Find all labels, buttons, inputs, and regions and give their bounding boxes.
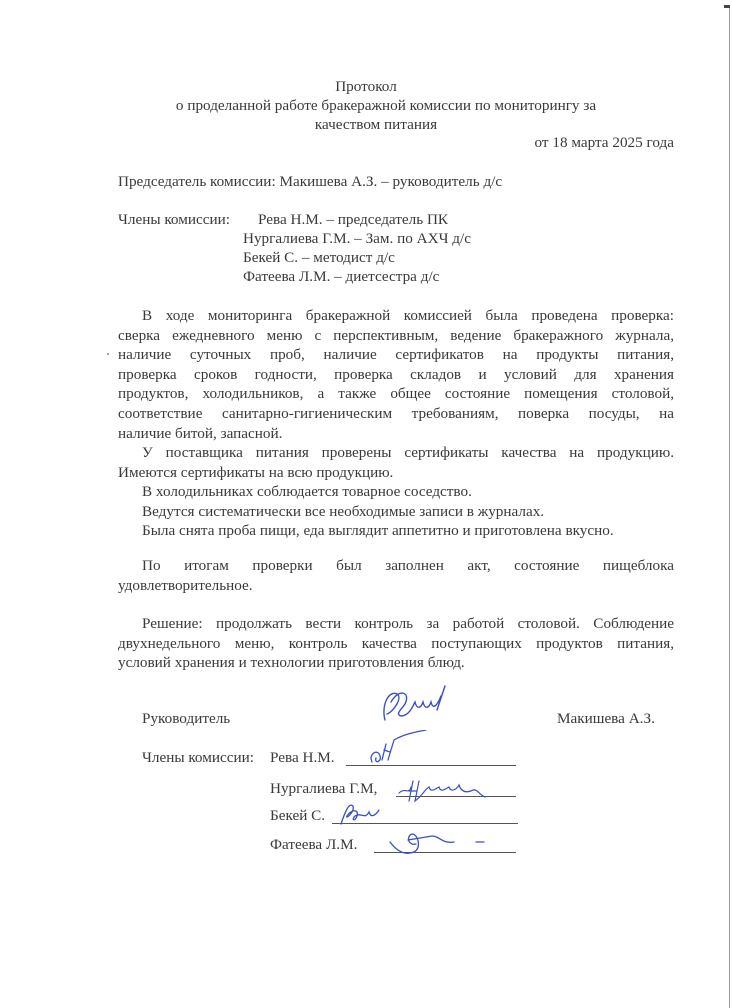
p6-line-1: По итогам проверки был заполнен акт, сос…	[118, 556, 674, 576]
p1-line-7: наличие битой, запасной.	[118, 424, 674, 444]
paragraph-result: По итогам проверки был заполнен акт, сос…	[118, 556, 674, 595]
decision-line-3: условий хранения и технологии приготовле…	[118, 653, 674, 673]
document-subtitle-1: о проделанной работе бракеражной комисси…	[20, 96, 732, 115]
document-title: Протокол	[0, 77, 732, 96]
p1-line-5: продуктов, холодильников, а также общее …	[118, 384, 674, 404]
member-4-signature	[384, 828, 494, 864]
decision-line-1: Решение: продолжать вести контроль за ра…	[118, 614, 674, 634]
p2-line-2: Имеются сертификаты на всю продукцию.	[118, 463, 674, 483]
member-2: Нургалиева Г.М. – Зам. по АХЧ д/с	[243, 229, 471, 248]
member-4: Фатеева Л.М. – диетсестра д/с	[243, 267, 439, 286]
page-edge	[729, 6, 730, 1008]
chairman-line: Председатель комиссии: Макишева А.З. – р…	[118, 172, 502, 191]
paragraph-tasting: Была снята проба пищи, еда выглядит аппе…	[118, 521, 674, 541]
p1-line-3: наличие суточных проб, наличие сертифика…	[118, 345, 674, 365]
p6-line-2: удовлетворительное.	[118, 576, 674, 596]
p1-line-1: В ходе мониторинга бракеражной комиссией…	[118, 306, 674, 326]
paragraph-inspection: В ходе мониторинга бракеражной комиссией…	[118, 306, 674, 443]
member-3: Бекей С. – методист д/с	[243, 248, 395, 267]
document-subtitle-2: качеством питания	[10, 115, 732, 134]
scan-speck	[107, 353, 109, 355]
p1-line-6: соответствие санитарно-гигиеническим тре…	[118, 404, 674, 424]
paragraph-fridges: В холодильниках соблюдается товарное сос…	[118, 482, 674, 502]
decision-line-2: двухнедельного меню, контроль качества п…	[118, 634, 674, 654]
sig-member-4: Фатеева Л.М.	[270, 835, 357, 854]
document-date: от 18 марта 2025 года	[535, 133, 674, 152]
sig-member-1: Рева Н.М.	[270, 748, 335, 767]
sig-members-label: Члены комиссии:	[142, 748, 254, 767]
members-label: Члены комиссии:	[118, 210, 230, 229]
member-3-signature	[335, 798, 385, 828]
document-page: Протокол о проделанной работе бракеражно…	[0, 0, 732, 1008]
head-name: Макишева А.З.	[557, 709, 655, 728]
member-1-signature	[360, 730, 430, 770]
sig-member-3: Бекей С.	[270, 806, 325, 825]
page-corner-mark	[724, 5, 730, 8]
paragraph-decision: Решение: продолжать вести контроль за ра…	[118, 614, 674, 673]
paragraph-records: Ведутся систематически все необходимые з…	[118, 502, 674, 522]
head-signature	[375, 680, 460, 730]
paragraph-certificates: У поставщика питания проверены сертифика…	[118, 443, 674, 541]
head-label: Руководитель	[142, 709, 230, 728]
sig-member-2: Нургалиева Г.М,	[270, 779, 377, 798]
p1-line-4: проверка сроков годности, проверка склад…	[118, 365, 674, 385]
member-2-signature	[395, 775, 495, 805]
p1-line-2: сверка ежедневного меню с перспективным,…	[118, 326, 674, 346]
member-1: Рева Н.М. – председатель ПК	[258, 210, 448, 229]
p2-line-1: У поставщика питания проверены сертифика…	[118, 443, 674, 463]
